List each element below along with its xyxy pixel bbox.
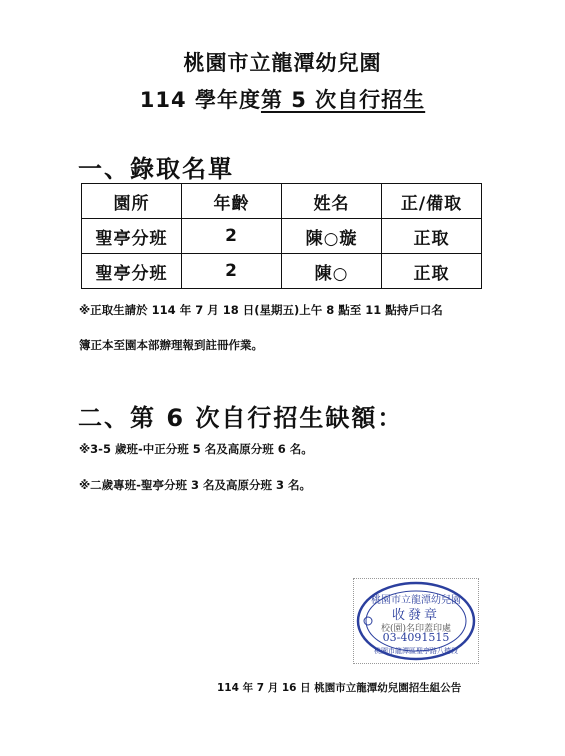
column-header: 園所: [82, 184, 182, 219]
section1-heading: 一、錄取名單: [78, 149, 234, 184]
table-cell: 聖亭分班: [82, 254, 182, 289]
column-header: 姓名: [282, 184, 382, 219]
table-cell: 正取: [382, 254, 482, 289]
table-cell: 聖亭分班: [82, 219, 182, 254]
document-subtitle: 114 學年度第 5 次自行招生: [0, 84, 565, 114]
stamp-seal-icon: 桃園市立龍潭幼兒園 收發章 校(園)名印蓋印處 03-4091515 桃園市龍潭…: [354, 579, 478, 663]
section2-heading: 二、第 6 次自行招生缺額：: [78, 398, 403, 433]
subtitle-underlined: 第 5 次自行招生: [261, 88, 425, 112]
vacancy-item: ※二歲專班-聖亭分班 3 名及高原分班 3 名。: [79, 477, 311, 493]
svg-text:收發章: 收發章: [392, 607, 440, 623]
table-cell: 陳○璇: [282, 219, 382, 254]
official-stamp: 桃園市立龍潭幼兒園 收發章 校(園)名印蓋印處 03-4091515 桃園市龍潭…: [353, 578, 479, 664]
column-header: 年齡: [182, 184, 282, 219]
table-cell: 2: [182, 254, 282, 289]
table-cell: 2: [182, 219, 282, 254]
announcement-footer: 114 年 7 月 16 日 桃園市立龍潭幼兒園招生組公告: [217, 680, 461, 695]
vacancy-item: ※3-5 歲班-中正分班 5 名及高原分班 6 名。: [79, 441, 313, 457]
table-header-row: 園所 年齡 姓名 正/備取: [82, 184, 482, 219]
registration-note-line1: ※正取生請於 114 年 7 月 18 日(星期五)上午 8 點至 11 點持戶…: [79, 302, 443, 318]
table-cell: 陳○: [282, 254, 382, 289]
document-title: 桃園市立龍潭幼兒園: [0, 47, 565, 77]
svg-text:桃園市龍潭區聖亭路八德段: 桃園市龍潭區聖亭路八德段: [374, 646, 458, 655]
table-row: 聖亭分班 2 陳○ 正取: [82, 254, 482, 289]
svg-text:03-4091515: 03-4091515: [383, 631, 450, 644]
column-header: 正/備取: [382, 184, 482, 219]
table-row: 聖亭分班 2 陳○璇 正取: [82, 219, 482, 254]
registration-note-line2: 簿正本至園本部辦理報到註冊作業。: [79, 337, 263, 353]
subtitle-prefix: 114 學年度: [140, 88, 261, 112]
admission-table: 園所 年齡 姓名 正/備取 聖亭分班 2 陳○璇 正取 聖亭分班 2 陳○ 正取: [81, 183, 482, 289]
svg-text:桃園市立龍潭幼兒園: 桃園市立龍潭幼兒園: [371, 593, 461, 606]
table-cell: 正取: [382, 219, 482, 254]
